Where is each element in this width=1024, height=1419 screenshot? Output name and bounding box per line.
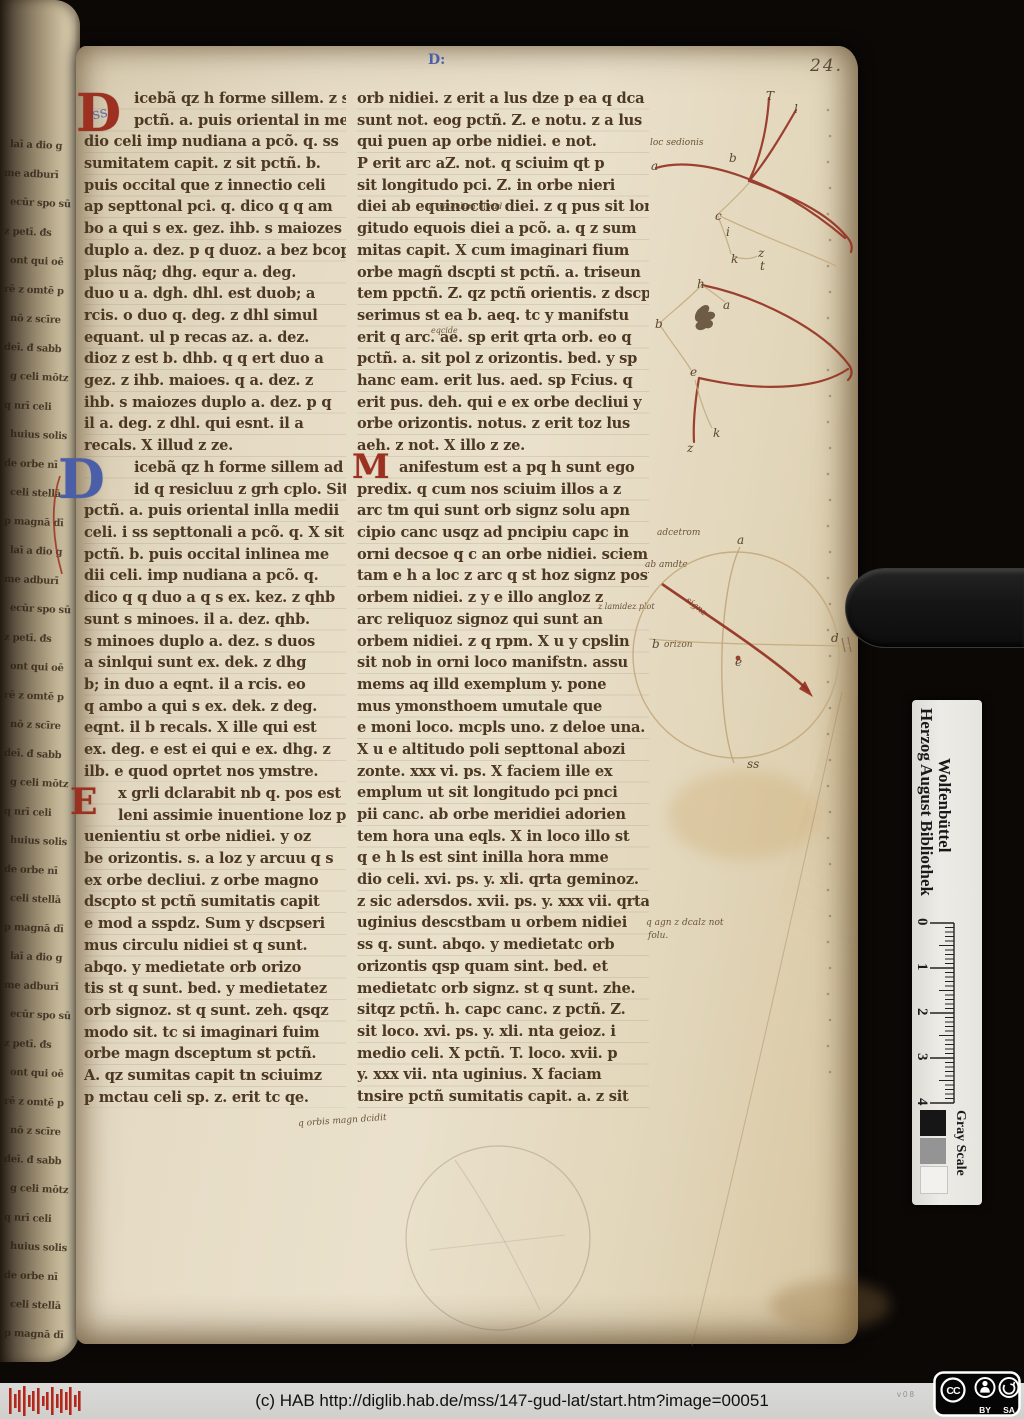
- grayscale-ruler-card: Herzog August Bibliothek Wolfenbüttel 0 …: [912, 700, 982, 1205]
- grayscale-patch-white: [920, 1166, 948, 1194]
- by-label: BY: [979, 1405, 991, 1415]
- paragraph: icebã qz h forme sillem adid q resicluu …: [84, 457, 346, 782]
- manuscript-line: uenientiu st orbe nidiei. y oz: [84, 826, 346, 848]
- manuscript-line: arc reliquoz signoz qui sunt an: [357, 609, 649, 631]
- verso-text-fragment: de orbe nī: [4, 1270, 58, 1283]
- manuscript-line: pii canc. ab orbe meridiei adorien: [357, 804, 649, 826]
- manuscript-line: medietatc orb signz. st q sunt. zhe.: [357, 978, 649, 1000]
- diagram-letter: e: [690, 366, 697, 378]
- diagram-letter: c: [715, 210, 722, 222]
- manuscript-line: plus nãq; dhg. equr a. deg.: [84, 262, 346, 284]
- verso-text-fragment: p magnā dī: [4, 922, 64, 936]
- manuscript-line: z sic adersdos. xvii. ps. y. xxx vii. qr…: [357, 891, 649, 913]
- manuscript-line: b; in duo a eqnt. il a rcis. eo: [84, 674, 346, 696]
- manuscript-line: X u e altitudo poli septtonal abozi: [357, 739, 649, 761]
- grayscale-label: Gray Scale: [952, 1110, 968, 1176]
- verso-text-fragment: deī. đ sabb: [4, 748, 62, 761]
- diagram-letter: e: [735, 656, 742, 668]
- manuscript-line: sunt not. eog pctñ. Z. e notu. z a lus: [357, 110, 649, 132]
- page-holder-clamp: [845, 568, 1024, 648]
- manuscript-line: orizontis qsp quam sint. bed. et: [357, 956, 649, 978]
- manuscript-line: zonte. xxx vi. ps. X faciem ille ex: [357, 761, 649, 783]
- diagram-letter: b: [729, 152, 737, 164]
- quire-mark: D:: [428, 52, 445, 68]
- verso-text-fragment: laī a đio g: [10, 951, 63, 964]
- circle-label-left: ab amdte: [645, 560, 688, 570]
- verso-text-fragment: ont qui oē: [10, 661, 64, 674]
- manuscript-line: predix. q cum nos sciuim illos a z: [357, 479, 649, 501]
- manuscript-line: id q resicluu z grh cplo. Sitqz: [84, 479, 346, 501]
- manuscript-line: orbe orizontis. notus. z erit toz lus: [357, 413, 649, 435]
- manuscript-line: duplo a. dez. p q duoz. a bez bcop.: [84, 240, 346, 262]
- manuscript-line: anifestum est a pq h sunt ego: [357, 457, 649, 479]
- paragraph: icebã qz h forme sillem. z sitpctñ. a. p…: [84, 88, 346, 457]
- manuscript-line: tem ppctñ. Z. qz pctñ orientis. z dscp: [357, 283, 649, 305]
- verso-text-fragment: nō z scīre: [10, 313, 61, 326]
- diagram-letter: k: [731, 253, 738, 265]
- verso-text-fragment: ont qui oē: [10, 255, 64, 268]
- manuscript-line: pctñ. a. sit pol z orizontis. bed. y sp: [357, 348, 649, 370]
- manuscript-line: dii celi. imp nudiana a pcõ. q.: [84, 565, 346, 587]
- marginal-note-diagram: loc sedionis: [650, 138, 704, 148]
- verso-text-fragment: laī a đio g: [10, 545, 63, 558]
- manuscript-line: orni decsoe q c an orbe nidiei. sciem: [357, 544, 649, 566]
- interlinear-gloss: eqcide: [431, 326, 458, 335]
- circle-label-top: adcetrom: [657, 528, 700, 538]
- manuscript-line: pctñ. b. puis occital inlinea me: [84, 544, 346, 566]
- verso-text-fragment: me adburī: [4, 168, 59, 181]
- manuscript-line: emplum ut sit longitudo pci pnci: [357, 782, 649, 804]
- circle-label-horizon: orizon: [664, 640, 693, 650]
- verso-text-fragment: celi stellā: [10, 487, 61, 500]
- diagram-letter: z: [687, 442, 693, 454]
- side-note: q agn z dcalz not: [646, 918, 724, 928]
- folio-number: 24.: [810, 56, 843, 76]
- manuscript-line: serimus st ea b. aeq. tc y manifstu: [357, 305, 649, 327]
- verso-text-fragment: huius solis: [10, 1241, 67, 1254]
- manuscript-line: eqnt. il b recals. X ille qui est: [84, 717, 346, 739]
- diagram-letter: ss: [747, 758, 759, 770]
- diagram-letter: a: [651, 160, 658, 172]
- verso-text-fragment: q nrī celi: [4, 400, 52, 413]
- manuscript-line: abqo. y medietate orb orizo: [84, 957, 346, 979]
- verso-text-fragment: deī. đ sabb: [4, 342, 62, 355]
- side-note: folu.: [648, 931, 668, 941]
- manuscript-line: recals. X illud z ze.: [84, 435, 346, 457]
- paragraph: anifestum est a pq h sunt egopredix. q c…: [357, 457, 649, 1108]
- diagram-letter: a: [737, 534, 744, 546]
- manuscript-line: leni assimie inuentione loz p: [84, 805, 346, 827]
- manuscript-line: sunt s minoes. il a. dez. qhb.: [84, 609, 346, 631]
- manuscript-line: s minoes duplo a. dez. s duos: [84, 631, 346, 653]
- manuscript-line: dioz z est b. dhb. q q ert duo a: [84, 348, 346, 370]
- manuscript-line: erit q arc. ae. sp erit qrta orb. eo q: [357, 327, 649, 349]
- manuscript-line: sumitatem capit. z sit pctñ. b.: [84, 153, 346, 175]
- manuscript-line: il a. deg. z dhl. qui esnt. il a: [84, 413, 346, 435]
- manuscript-line: ap septtonal pci. q. dico q q am: [84, 196, 346, 218]
- manuscript-line: medio celi. X pctñ. T. loco. xvii. p: [357, 1043, 649, 1065]
- diagram-letter: b: [655, 318, 663, 330]
- manuscript-line: e mod a sspdz. Sum y dscpseri: [84, 913, 346, 935]
- manuscript-line: dio celi imp nudiana a pcõ. q. ss: [84, 131, 346, 153]
- manuscript-line: orbe magñ dscpti st pctñ. a. triseun: [357, 262, 649, 284]
- manuscript-line: celi. i ss septtonali a pcõ. q. X sit: [84, 522, 346, 544]
- verso-text-fragment: z petī. đs: [4, 226, 52, 239]
- initial-D-blue: D: [58, 452, 105, 506]
- manuscript-line: tem hora una eqls. X in loco illo st: [357, 826, 649, 848]
- manuscript-line: puis occital que z innectio celi: [84, 175, 346, 197]
- diagram-letter: a: [723, 299, 730, 311]
- manuscript-line: rcis. o duo q. deg. z dhl simul: [84, 305, 346, 327]
- verso-text-fragment: rē z omtē p: [4, 284, 64, 298]
- manuscript-line: dscpto st pctñ sumitatis capit: [84, 891, 346, 913]
- manuscript-line: orbe magn dsceptum st pctñ.: [84, 1043, 346, 1065]
- manuscript-line: mems aq illd exemplum y. pone: [357, 674, 649, 696]
- manuscript-line: bo a qui s ex. gez. ihb. s maiozes: [84, 218, 346, 240]
- manuscript-line: sit nob in orni loco manifstn. assu: [357, 652, 649, 674]
- manuscript-line: x grli dclarabit nb q. pos est: [84, 783, 346, 805]
- initial-M-red: M: [352, 450, 390, 484]
- manuscript-line: hanc eam. erit lus. aed. sp Fcius. q: [357, 370, 649, 392]
- manuscript-line: q e h ls est sint inilla hora mme: [357, 847, 649, 869]
- manuscript-line: ilb. e quod oprtet nos ymstre.: [84, 761, 346, 783]
- verso-text-fragment: nō z scīre: [10, 1125, 61, 1138]
- manuscript-line: equant. ul p recas az. a. dez.: [84, 327, 346, 349]
- manuscript-line: tnsire pctñ sumitatis capit. a. z sit: [357, 1086, 649, 1108]
- verso-text-fragment: celi stellā: [10, 1299, 61, 1312]
- verso-text-fragment: rē z omtē p: [4, 1096, 64, 1110]
- version-label: v08: [897, 1390, 916, 1399]
- verso-text-fragment: me adburī: [4, 574, 59, 587]
- verso-text-fragment: ecūr spo sū: [10, 603, 71, 617]
- manuscript-line: icebã qz h forme sillem ad: [84, 457, 346, 479]
- manuscript-line: tis st q sunt. bed. y medietatez: [84, 978, 346, 1000]
- manuscript-line: tam e h a loc z arc q st hoz signz post: [357, 565, 649, 587]
- paragraph: orb nidiei. z erit a lus dze p ea q dcas…: [357, 88, 649, 457]
- grayscale-patch-gray: [920, 1138, 946, 1164]
- copyright-credit: (c) HAB http://diglib.hab.de/mss/147-gud…: [0, 1391, 1024, 1411]
- manuscript-line: uginius descstbam u orbem nidiei: [357, 912, 649, 934]
- previous-page-stack: laī a đio gme adburīecūr spo sūz petī. đ…: [0, 0, 80, 1362]
- verso-text-fragment: z petī. đs: [4, 632, 52, 645]
- verso-text-fragment: huius solis: [10, 835, 67, 848]
- diagram-letter: k: [713, 427, 720, 439]
- manuscript-line: mitas capit. X cum imaginari fium: [357, 240, 649, 262]
- footer-bar: (c) HAB http://diglib.hab.de/mss/147-gud…: [0, 1383, 1024, 1419]
- diagram-letter: i: [726, 226, 730, 238]
- manuscript-line: p mctau celi sp. z. erit tc qe.: [84, 1087, 346, 1109]
- verso-text-fragment: ecūr spo sū: [10, 1009, 71, 1023]
- manuscript-line: qui puen ap orbe nidiei. e not.: [357, 131, 649, 153]
- manuscript-line: a sinlqui sunt ex. dek. z dhg: [84, 652, 346, 674]
- verso-text-fragment: huius solis: [10, 429, 67, 442]
- verso-text-fragment: g celi mōtz: [10, 371, 69, 385]
- verso-text-fragment: g celi mōtz: [10, 1183, 69, 1197]
- manuscript-line: duo u a. dgh. dhl. est duob; a: [84, 283, 346, 305]
- manuscript-line: modo sit. tc si imaginari fuim: [84, 1022, 346, 1044]
- manuscript-line: aeh. z not. X illo z ze.: [357, 435, 649, 457]
- diagram-letter: T: [766, 90, 774, 102]
- diagram-letter: b: [652, 638, 660, 650]
- verso-text-fragment: q nrī celi: [4, 806, 52, 819]
- manuscript-line: diei ab equinoctio diei. z q pus sit lon: [357, 196, 649, 218]
- verso-text-fragment: z petī. đs: [4, 1038, 52, 1051]
- manuscript-line: sitqz pctñ. h. capc canc. z pctñ. Z.: [357, 999, 649, 1021]
- cc-license-badge: CC BY SA: [933, 1371, 1021, 1417]
- grayscale-patch-black: [920, 1110, 946, 1136]
- manuscript-line: mus circulu nidiei st q sunt.: [84, 935, 346, 957]
- manuscript-line: orb nidiei. z erit a lus dze p ea q dca: [357, 88, 649, 110]
- verso-text-fragment: g celi mōtz: [10, 777, 69, 791]
- interlinear-gloss: q triagulum ul rad: [428, 202, 502, 211]
- digitized-manuscript-viewer: { "footer": { "credit": "(c) HAB http://…: [0, 0, 1024, 1419]
- manuscript-line: erit pus. deh. qui e ex orbe decliui y: [357, 392, 649, 414]
- manuscript-line: e moni loco. mcpls uno. z deloe una.: [357, 717, 649, 739]
- verso-text-fragment: q nrī celi: [4, 1212, 52, 1225]
- diagram-letter: h: [697, 278, 705, 290]
- manuscript-line: dio celi. xvi. ps. y. xli. qrta geminoz.: [357, 869, 649, 891]
- verso-text-fragment: de orbe nī: [4, 864, 58, 877]
- manuscript-line: sit longitudo pci. Z. in orbe nieri: [357, 175, 649, 197]
- sa-label: SA: [1003, 1405, 1015, 1415]
- verso-text-fragment: p magnā dī: [4, 516, 64, 530]
- verso-text-fragment: me adburī: [4, 980, 59, 993]
- manuscript-line: gitudo equois diei a pcõ. a. q z sum: [357, 218, 649, 240]
- manuscript-line: cipio canc usqz ad pncipiu capc in: [357, 522, 649, 544]
- manuscript-line: gez. z ihb. maioes. q a. dez. z: [84, 370, 346, 392]
- verso-text-fragment: nō z scīre: [10, 719, 61, 732]
- manuscript-line: orb signoz. st q sunt. zeh. qsqz: [84, 1000, 346, 1022]
- verso-text-fragment: laī a đio g: [10, 139, 63, 152]
- diagram-letter: t: [760, 260, 765, 272]
- verso-text-fragment: celi stellā: [10, 893, 61, 906]
- verso-text-fragment: de orbe nī: [4, 458, 58, 471]
- manuscript-line: ss q. sunt. abqo. y medietatc orb: [357, 934, 649, 956]
- manuscript-line: A. qz sumitas capit tn sciuimz: [84, 1065, 346, 1087]
- manuscript-line: mus ymonsthoem umutale que: [357, 696, 649, 718]
- manuscript-line: y. xxx vii. nta uginius. X faciam: [357, 1064, 649, 1086]
- manuscript-line: dico q q duo a q s ex. kez. z qhb: [84, 587, 346, 609]
- marginal-gloss: z lamidez plot: [598, 602, 655, 611]
- manuscript-line: ex. deg. e est ei qui e ex. dhg. z: [84, 739, 346, 761]
- diagram-letter: z: [758, 247, 764, 259]
- manuscript-line: icebã qz h forme sillem. z sit: [84, 88, 346, 110]
- cc-logo-text: CC: [946, 1385, 961, 1397]
- diagram-letter: d: [831, 632, 839, 644]
- diagram-letter: l: [794, 103, 798, 115]
- verso-text-fragment: ecūr spo sū: [10, 197, 71, 211]
- verso-text-fragment: ont qui oē: [10, 1067, 64, 1080]
- manuscript-line: ex orbe decliui. z orbe magno: [84, 870, 346, 892]
- verso-text-fragment: rē z omtē p: [4, 690, 64, 704]
- manuscript-line: pctñ. a. puis oriental inlla medii: [84, 500, 346, 522]
- paragraph: x grli dclarabit nb q. pos estleni assim…: [84, 783, 346, 1108]
- manuscript-line: P erit arc aZ. not. q sciuim qt p: [357, 153, 649, 175]
- initial-E-red: E: [70, 784, 97, 820]
- manuscript-line: be orizontis. s. a loz y arcuu q s: [84, 848, 346, 870]
- manuscript-line: ihb. s maiozes duplo a. dez. p q: [84, 392, 346, 414]
- manuscript-line: orbem nidiei. z q rpm. X u y cpslin: [357, 631, 649, 653]
- verso-text-fragment: p magnā dī: [4, 1328, 64, 1342]
- verso-text-fragment: deī. đ sabb: [4, 1154, 62, 1167]
- manuscript-line: q ambo a qui s ex. dek. z deg.: [84, 696, 346, 718]
- manuscript-line: pctñ. a. puis oriental in me: [84, 110, 346, 132]
- manuscript-line: arc tm qui sunt orb signz solu apn: [357, 500, 649, 522]
- manuscript-line: sit loco. xvi. ps. y. xli. nta geioz. i: [357, 1021, 649, 1043]
